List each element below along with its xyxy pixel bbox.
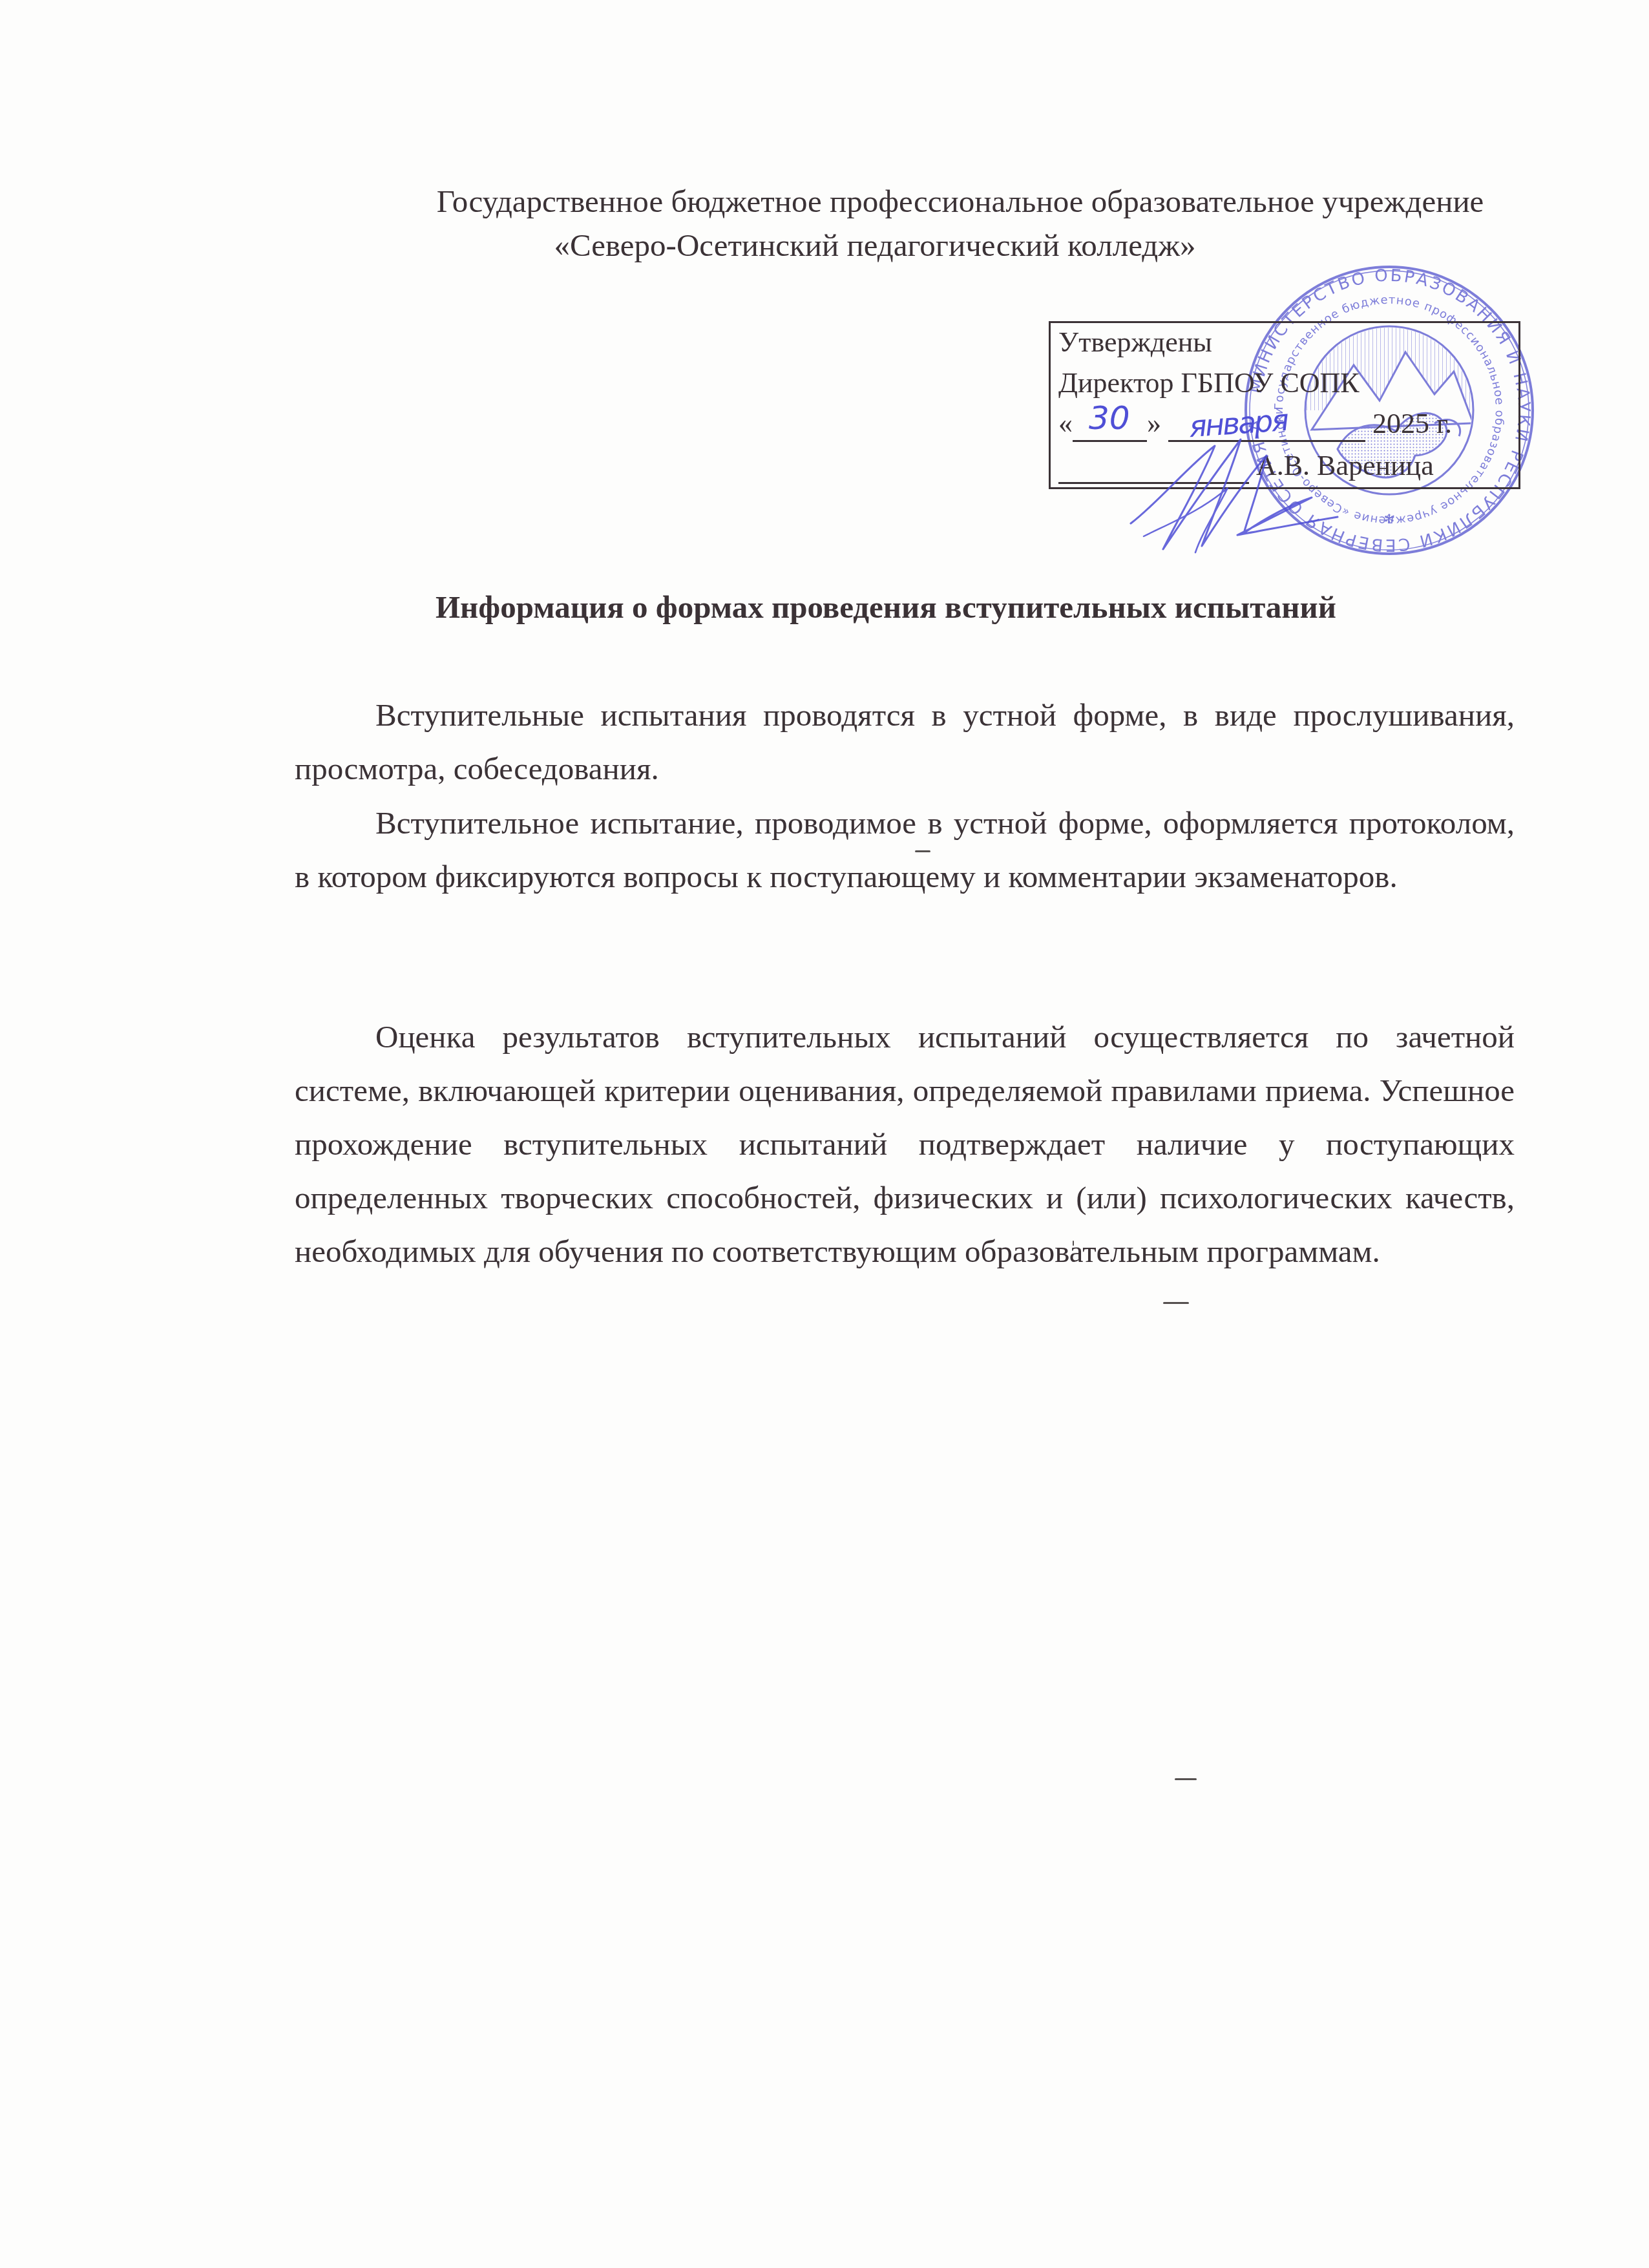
scan-speck <box>1073 1241 1074 1246</box>
date-year: 2025 г. <box>1372 408 1452 439</box>
institution-type: Государственное бюджетное профессиональн… <box>136 182 1649 221</box>
institution-name: «Северо-Осетинский педагогический коллед… <box>50 226 1649 265</box>
signature-icon <box>1118 426 1363 562</box>
scan-speck <box>1163 1302 1189 1304</box>
paragraph-text: Оценка результатов вступительных испытан… <box>295 1010 1515 1278</box>
paragraph-1: Вступительные испытания проводятся в уст… <box>295 688 1515 795</box>
scan-speck <box>1175 1778 1197 1780</box>
approval-label: Утверждены <box>1058 324 1212 361</box>
paragraph-text: Вступительные испытания проводятся в уст… <box>295 688 1515 795</box>
date-open-quote: « <box>1058 408 1073 439</box>
scan-speck <box>915 850 930 852</box>
paragraph-3: Оценка результатов вступительных испытан… <box>295 1010 1515 1278</box>
document-page: Государственное бюджетное профессиональн… <box>0 0 1649 2268</box>
approval-position: Директор ГБПОУ СОПК <box>1058 365 1360 401</box>
svg-text:✻: ✻ <box>1384 511 1395 527</box>
paragraph-text: Вступительное испытание, проводимое в ус… <box>295 796 1515 903</box>
paragraph-2: Вступительное испытание, проводимое в ус… <box>295 796 1515 903</box>
document-title: Информация о формах проведения вступител… <box>0 588 1649 627</box>
